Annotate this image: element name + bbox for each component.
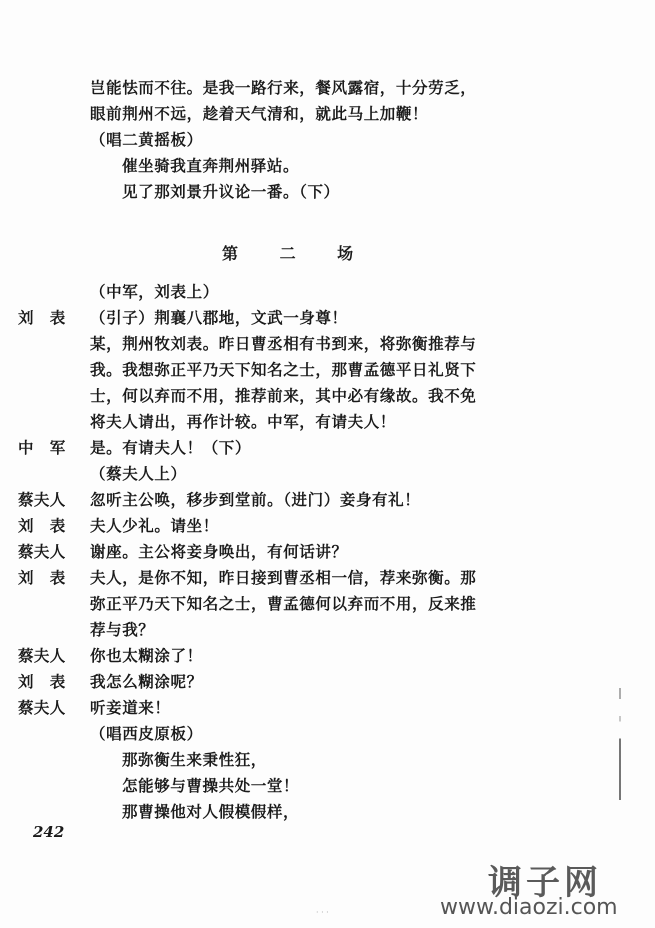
scan-artifact-dots: · · · xyxy=(316,908,329,917)
stage-direction: （唱二黄摇板） xyxy=(90,130,203,150)
speaker-name: 刘 表 xyxy=(18,672,66,692)
dialogue-line: 我。我想弥正平乃天下知名之士，那曹孟德平日礼贤下 xyxy=(90,360,476,380)
speaker-name: 刘 表 xyxy=(18,308,66,328)
dialogue-line: 夫人，是你不知，昨日接到曹丞相一信，荐来弥衡。那 xyxy=(90,568,476,588)
stage-direction: （蔡夫人上） xyxy=(90,464,187,484)
text-line: 眼前荆州不远，趁着天气清和，就此马上加鞭！ xyxy=(90,104,428,124)
verse-line: 那曹操他对人假模假样， xyxy=(122,802,299,822)
dialogue-line: 我怎么糊涂呢？ xyxy=(90,672,203,692)
dialogue-line: 士，何以弃而不用，推荐前来，其中必有缘故。我不免 xyxy=(90,386,476,406)
dialogue-line: 弥正平乃天下知名之士，曹孟德何以弃而不用，反来推 xyxy=(90,594,476,614)
speaker-name: 刘 表 xyxy=(18,516,66,536)
dialogue-line: 夫人少礼。请坐！ xyxy=(90,516,219,536)
dialogue-line: 听妾道来！ xyxy=(90,698,171,718)
verse-line: 催坐骑我直奔荆州驿站。 xyxy=(122,156,299,176)
watermark-url: www.diaozi.com xyxy=(440,895,618,920)
dialogue-line: 谢座。主公将妾身唤出，有何话讲？ xyxy=(90,542,348,562)
speaker-name: 蔡夫人 xyxy=(18,646,66,666)
speaker-name: 中 军 xyxy=(18,438,66,458)
verse-line: 见了那刘景升议论一番。（下） xyxy=(122,182,340,202)
page-number: 242 xyxy=(33,823,64,841)
scan-artifact-line xyxy=(619,688,621,800)
speaker-name: 刘 表 xyxy=(18,568,66,588)
scene-title: 第 二 场 xyxy=(222,241,371,264)
dialogue-line: 你也太糊涂了！ xyxy=(90,646,203,666)
scanned-page: 岂能怯而不往。是我一路行来，餐风露宿，十分劳乏， 眼前荆州不远，趁着天气清和，就… xyxy=(0,0,655,928)
dialogue-line: 忽听主公唤，移步到堂前。（进门）妾身有礼！ xyxy=(90,490,420,510)
verse-line: 那弥衡生来秉性狂， xyxy=(122,750,267,770)
dialogue-line: 是。有请夫人！（下） xyxy=(90,438,251,458)
verse-line: 怎能够与曹操共处一堂！ xyxy=(122,776,299,796)
speaker-name: 蔡夫人 xyxy=(18,542,66,562)
dialogue-line: （引子）荆襄八郡地，文武一身尊！ xyxy=(90,308,348,328)
dialogue-line: 某，荆州牧刘表。昨日曹丞相有书到来，将弥衡推荐与 xyxy=(90,334,476,354)
speaker-name: 蔡夫人 xyxy=(18,490,66,510)
stage-direction: （中军，刘表上） xyxy=(90,282,219,302)
text-line: 岂能怯而不往。是我一路行来，餐风露宿，十分劳乏， xyxy=(90,78,476,98)
dialogue-line: 将夫人请出，再作计较。中军，有请夫人！ xyxy=(90,412,396,432)
stage-direction: （唱西皮原板） xyxy=(90,724,203,744)
speaker-name: 蔡夫人 xyxy=(18,698,66,718)
dialogue-line: 荐与我？ xyxy=(90,620,154,640)
